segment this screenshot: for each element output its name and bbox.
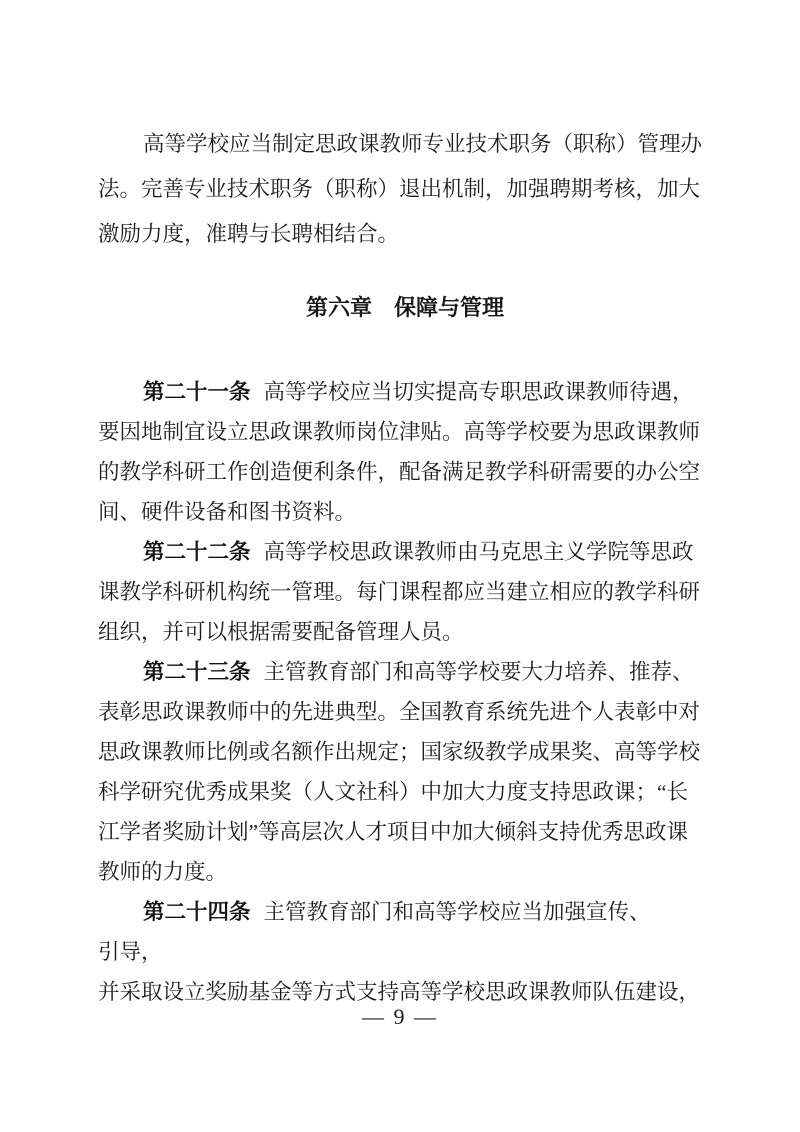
article-23: 第二十三条主管教育部门和高等学校要大力培养、推荐、 表彰思政课教师中的先进典型。… (98, 652, 712, 892)
article-22: 第二十二条高等学校思政课教师由马克思主义学院等思政 课教学科研机构统一管理。每门… (98, 532, 712, 652)
intro-paragraph: 高等学校应当制定思政课教师专业技术职务（职称）管理办 法。完善专业技术职务（职称… (98, 122, 712, 257)
article-23-text: 主管教育部门和高等学校要大力培养、推荐、 表彰思政课教师中的先进典型。全国教育系… (98, 660, 700, 884)
article-24: 第二十四条主管教育部门和高等学校应当加强宣传、引导， 并采取设立奖励基金等方式支… (98, 892, 712, 1012)
document-page: 高等学校应当制定思政课教师专业技术职务（职称）管理办 法。完善专业技术职务（职称… (0, 0, 800, 1132)
page-number: — 9 — (362, 1004, 438, 1029)
article-21: 第二十一条高等学校应当切实提高专职思政课教师待遇， 要因地制宜设立思政课教师岗位… (98, 372, 712, 532)
page-footer: — 9 — (0, 1003, 800, 1031)
article-21-number: 第二十一条 (143, 380, 251, 404)
document-body: 高等学校应当制定思政课教师专业技术职务（职称）管理办 法。完善专业技术职务（职称… (98, 122, 712, 1012)
article-22-number: 第二十二条 (143, 540, 251, 564)
article-23-number: 第二十三条 (143, 660, 251, 684)
chapter-heading: 第六章 保障与管理 (98, 285, 712, 330)
article-24-number: 第二十四条 (143, 900, 251, 924)
